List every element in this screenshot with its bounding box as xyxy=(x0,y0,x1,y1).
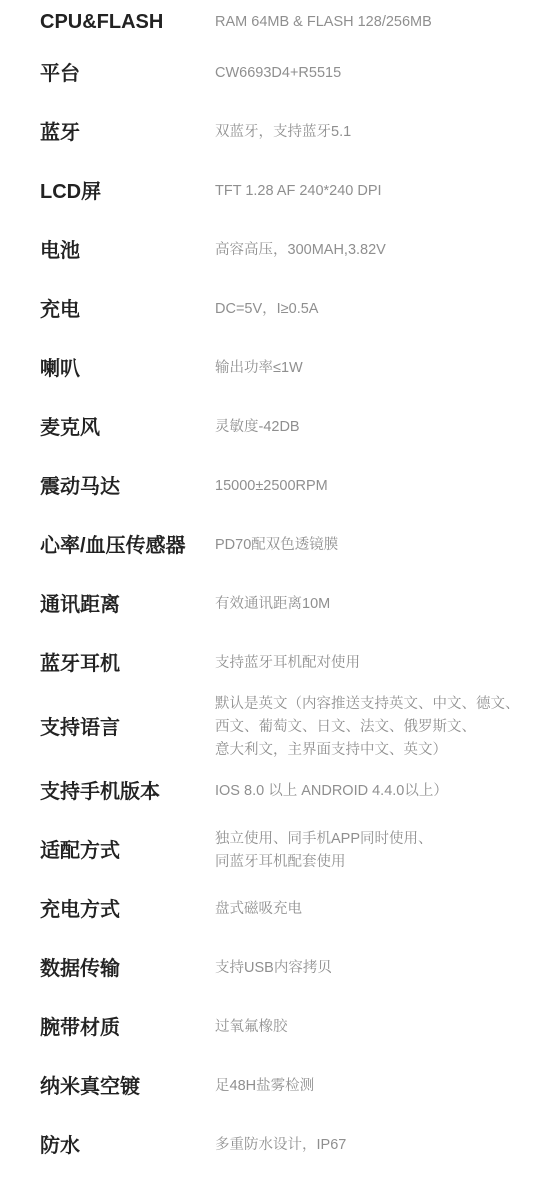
spec-value: 灵敏度-42DB xyxy=(215,416,533,439)
spec-label: 麦克风 xyxy=(40,416,215,440)
spec-row-bluetooth: 蓝牙 双蓝牙，支持蓝牙5.1 xyxy=(40,103,536,162)
spec-value: 独立使用、同手机APP同时使用、 同蓝牙耳机配套使用 xyxy=(215,828,533,874)
spec-label: 防水 xyxy=(40,1134,215,1158)
spec-value: DC=5V，I≥0.5A xyxy=(215,298,533,321)
spec-row-strap-material: 腕带材质 过氧氟橡胶 xyxy=(40,998,536,1057)
spec-label: 喇叭 xyxy=(40,357,215,381)
spec-value: 多重防水设计，IP67 xyxy=(215,1134,533,1157)
spec-label: CPU&FLASH xyxy=(40,10,215,34)
spec-label: 支持手机版本 xyxy=(40,780,215,804)
spec-label: 支持语言 xyxy=(40,716,215,740)
spec-label: 电池 xyxy=(40,239,215,263)
spec-label: 蓝牙 xyxy=(40,121,215,145)
spec-row-heart-rate-bp-sensor: 心率/血压传感器 PD70配双色透镜膜 xyxy=(40,516,536,575)
spec-label: 蓝牙耳机 xyxy=(40,652,215,676)
spec-row-communication-distance: 通讯距离 有效通讯距离10M xyxy=(40,575,536,634)
spec-value: 支持蓝牙耳机配对使用 xyxy=(215,652,533,675)
spec-value: 高容高压，300MAH,3.82V xyxy=(215,239,533,262)
spec-row-supported-phone-os: 支持手机版本 IOS 8.0 以上 ANDROID 4.4.0以上） xyxy=(40,762,536,821)
spec-value: IOS 8.0 以上 ANDROID 4.4.0以上） xyxy=(215,780,533,803)
spec-label: 纳米真空镀 xyxy=(40,1075,215,1099)
spec-label: LCD屏 xyxy=(40,180,215,204)
spec-row-platform: 平台 CW6693D4+R5515 xyxy=(40,44,536,103)
spec-value: 过氧氟橡胶 xyxy=(215,1016,533,1039)
spec-value: 足48H盐雾检测 xyxy=(215,1075,533,1098)
spec-value: 15000±2500RPM xyxy=(215,475,533,498)
spec-value: CW6693D4+R5515 xyxy=(215,62,533,85)
spec-label: 充电方式 xyxy=(40,898,215,922)
spec-row-charging: 充电 DC=5V，I≥0.5A xyxy=(40,280,536,339)
spec-row-pairing-modes: 适配方式 独立使用、同手机APP同时使用、 同蓝牙耳机配套使用 xyxy=(40,821,536,880)
spec-row-charging-method: 充电方式 盘式磁吸充电 xyxy=(40,880,536,939)
spec-label: 心率/血压传感器 xyxy=(40,534,215,558)
spec-value: 默认是英文（内容推送支持英文、中文、德文、 西文、葡萄文、日文、法文、俄罗斯文、… xyxy=(215,693,533,762)
spec-label: 腕带材质 xyxy=(40,1016,215,1040)
spec-row-battery: 电池 高容高压，300MAH,3.82V xyxy=(40,221,536,280)
spec-value: 盘式磁吸充电 xyxy=(215,898,533,921)
spec-value: 有效通讯距离10M xyxy=(215,593,533,616)
spec-row-microphone: 麦克风 灵敏度-42DB xyxy=(40,398,536,457)
spec-row-nano-vacuum-plating: 纳米真空镀 足48H盐雾检测 xyxy=(40,1057,536,1116)
spec-row-speaker: 喇叭 输出功率≤1W xyxy=(40,339,536,398)
spec-row-lcd-screen: LCD屏 TFT 1.28 AF 240*240 DPI xyxy=(40,162,536,221)
spec-label: 适配方式 xyxy=(40,839,215,863)
spec-value: TFT 1.28 AF 240*240 DPI xyxy=(215,180,533,203)
spec-row-cpu-flash: CPU&FLASH RAM 64MB & FLASH 128/256MB xyxy=(40,0,536,44)
spec-value: RAM 64MB & FLASH 128/256MB xyxy=(215,11,533,34)
spec-row-data-transfer: 数据传输 支持USB内容拷贝 xyxy=(40,939,536,998)
spec-row-vibration-motor: 震动马达 15000±2500RPM xyxy=(40,457,536,516)
spec-label: 通讯距离 xyxy=(40,593,215,617)
spec-label: 震动马达 xyxy=(40,475,215,499)
spec-value: 双蓝牙，支持蓝牙5.1 xyxy=(215,121,533,144)
spec-value: PD70配双色透镜膜 xyxy=(215,534,533,557)
spec-row-supported-languages: 支持语言 默认是英文（内容推送支持英文、中文、德文、 西文、葡萄文、日文、法文、… xyxy=(40,693,536,762)
spec-table: CPU&FLASH RAM 64MB & FLASH 128/256MB 平台 … xyxy=(0,0,544,1175)
spec-label: 数据传输 xyxy=(40,957,215,981)
spec-label: 平台 xyxy=(40,62,215,86)
spec-row-waterproof: 防水 多重防水设计，IP67 xyxy=(40,1116,536,1175)
spec-value: 输出功率≤1W xyxy=(215,357,533,380)
spec-row-bluetooth-headset: 蓝牙耳机 支持蓝牙耳机配对使用 xyxy=(40,634,536,693)
spec-value: 支持USB内容拷贝 xyxy=(215,957,533,980)
spec-label: 充电 xyxy=(40,298,215,322)
